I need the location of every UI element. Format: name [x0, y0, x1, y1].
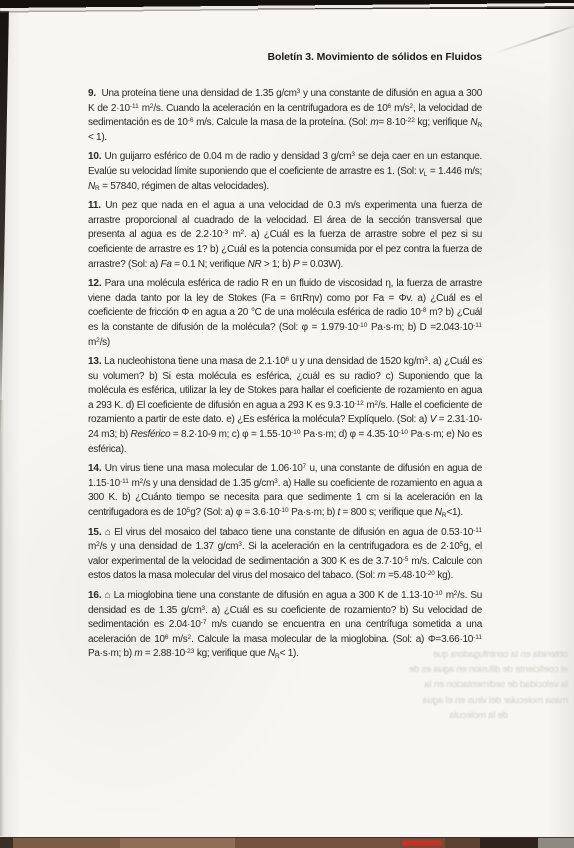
problem-10: 10. Un guijarro esférico de 0.04 m de ra… [88, 150, 482, 194]
problem-number: 12. [88, 278, 101, 289]
problem-9: 9. Una proteína tiene una densidad de 1.… [88, 87, 482, 145]
problem-number: 14. [88, 463, 101, 474]
problem-number: 15. [88, 527, 101, 538]
problem-number: 11. [88, 200, 101, 211]
problem-11: 11. Un pez que nada en el agua a una vel… [88, 199, 482, 272]
paper-left-shadow [0, 400, 4, 836]
problem-number: 9. [88, 88, 96, 99]
problem-15: 15. ⌂ El virus del mosaico del tabaco ti… [88, 526, 482, 584]
problem-text: Un virus tiene una masa molecular de 1.0… [88, 463, 482, 518]
problem-number: 13. [88, 356, 101, 367]
problem-13: 13. La nucleohistona tiene una masa de 2… [88, 355, 482, 457]
ghost-line: la velocidad de sedimentacion en la [300, 677, 568, 692]
paper-crease-line [493, 23, 574, 55]
problem-text: La nucleohistona tiene una masa de 2.1·1… [88, 356, 482, 455]
desk-red-mark [402, 840, 442, 846]
problem-text: Un guijarro esférico de 0.04 m de radio … [88, 151, 482, 191]
problem-text: Una proteína tiene una densidad de 1.35 … [88, 88, 482, 143]
problem-14: 14. Un virus tiene una masa molecular de… [88, 462, 482, 520]
paper-sheet: Boletín 3. Movimiento de sólidos en Flui… [0, 9, 574, 839]
document-title: Boletín 3. Movimiento de sólidos en Flui… [88, 51, 482, 63]
problem-number: 10. [88, 151, 101, 162]
document-body: Boletín 3. Movimiento de sólidos en Flui… [88, 51, 482, 667]
problem-number: 16. [88, 590, 101, 601]
problem-12: 12. Para una molécula esférica de radio … [88, 277, 482, 350]
scanned-photo-background: Boletín 3. Movimiento de sólidos en Flui… [0, 0, 574, 848]
problem-text: ⌂ El virus del mosaico del tabaco tiene … [88, 527, 482, 582]
ghost-line: el coeficiente de difusion en agua es de [300, 662, 568, 677]
ghost-line: de la molecula [300, 708, 508, 723]
problem-text: Para una molécula esférica de radio R en… [88, 278, 482, 347]
ghost-line: obtenida en la centrifugadora que [300, 647, 568, 662]
problem-text: Un pez que nada en el agua a una velocid… [88, 200, 482, 269]
ghost-line: masa molecular del virus en el agua [300, 693, 568, 708]
ghost-bleedthrough-text: obtenida en la centrifugadora que el coe… [300, 647, 568, 723]
desk-edge [0, 837, 574, 848]
